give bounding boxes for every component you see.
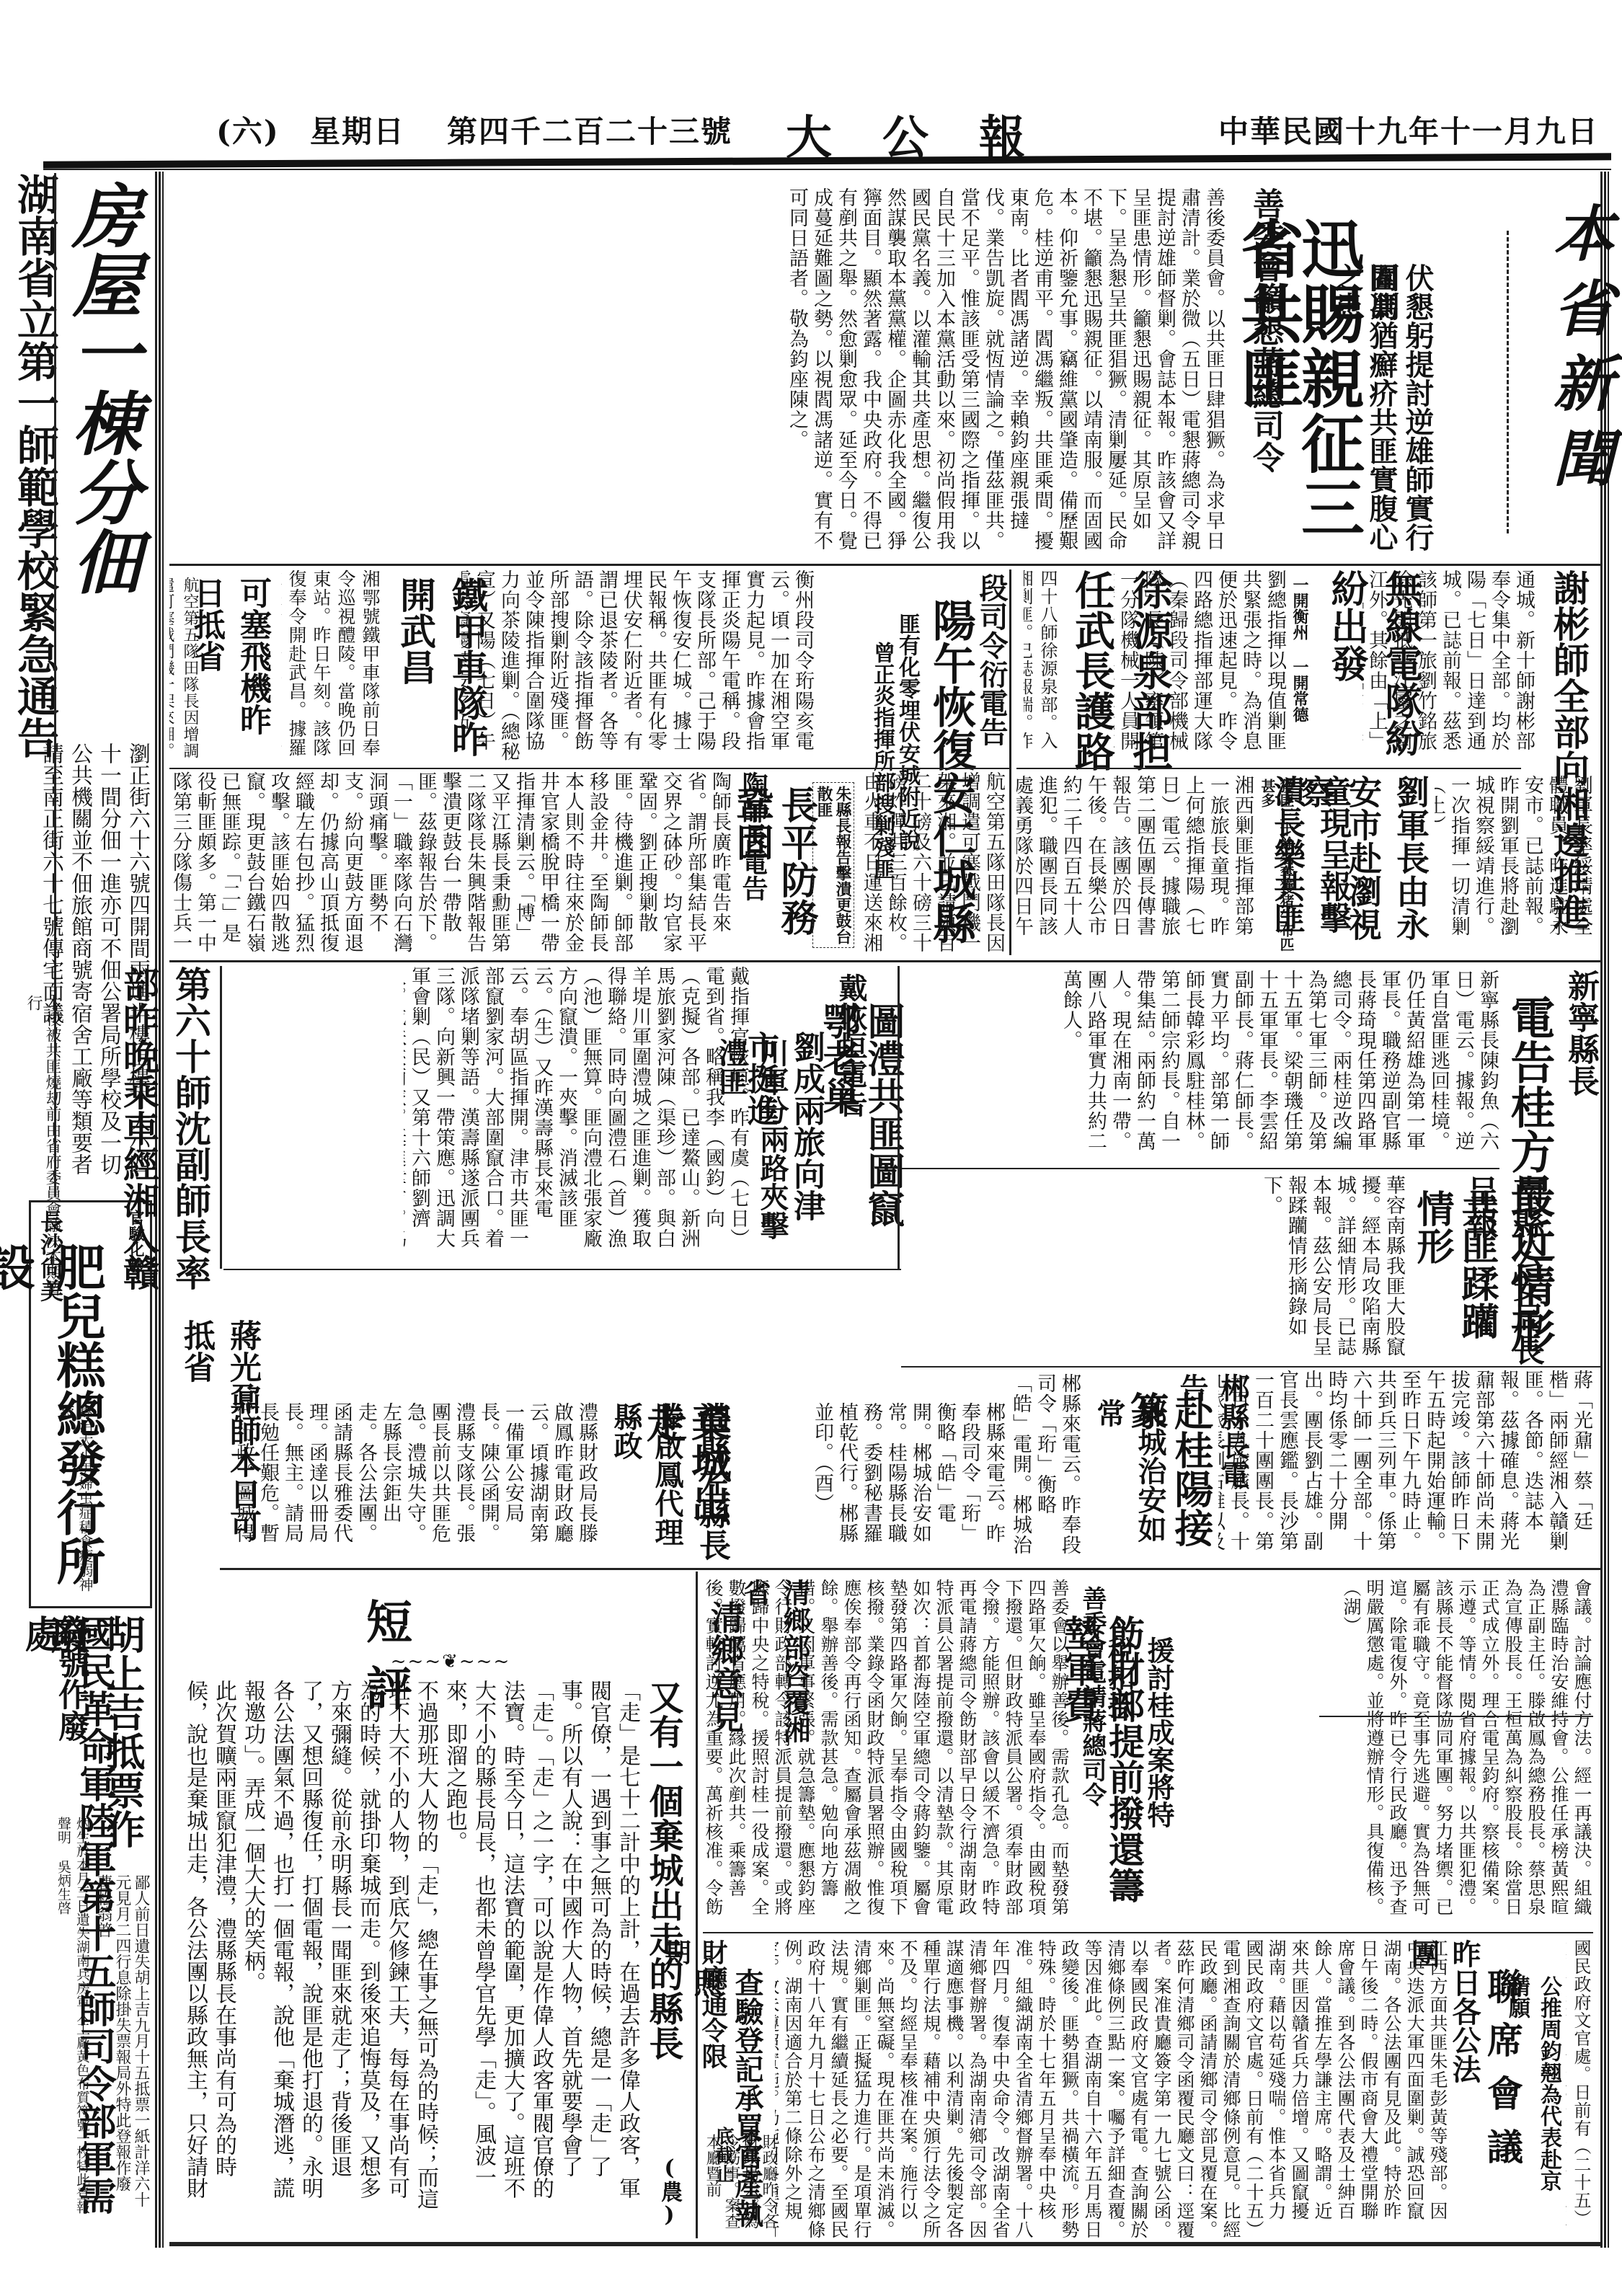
duan-kicker: 段司令衍電告 (977, 573, 1006, 789)
xuyuanquan-body: 四十八師徐源泉部。入湘剿匪。已誌報端。昨開漢口何主任來電。除一部由公石入湘西剿匪… (1024, 569, 1060, 764)
nanxian-headline: 共匪蹂躪情形 (1409, 1189, 1499, 1362)
aircraft-headline: 可塞飛機昨日抵省 (203, 577, 275, 735)
xinning-body: 新寧縣長陳鈞魚（六日）電云。據報。逆軍自當匪逃回桂境。仍任黃紹雄為第一軍軍長。職… (901, 970, 1499, 1164)
dai-body: 戴指揮官恢垣。昨有虞（七日）電到省。略稱我李（國鈞）向（克擬）各部。已達鰲山。新… (404, 966, 750, 1258)
xuyuanquan-headline: 徐源泉部担任武長護路 (1063, 569, 1179, 771)
qingxiang-headline: 清鄉意見 (703, 1600, 748, 1759)
divider (220, 966, 222, 1269)
divider (898, 966, 900, 1269)
nanxian-body: 華容南縣我匪大股竄擾。經本局攻陷南縣城。詳細情形。已誌本報。茲公安局長呈報蹂躪情… (901, 1175, 1406, 1366)
divider (1009, 569, 1011, 955)
armored-train-headline: 鐵甲車隊昨開武昌 (389, 577, 493, 764)
bottom-rule (169, 2242, 1600, 2246)
xinning-kicker: 新寧縣長 (1557, 970, 1603, 1114)
lixian-election-body: 會議。討論應付方法。經一再議決。組織澧縣臨時治安維持會。公推任承榜黃熙暄為正副主… (1319, 1579, 1593, 1925)
liujunzhang-body: 劉軍長率綏靖處全體職員。昨進駐永安市。已誌前報。昨開劉軍長將赴瀏城視察綏靖進行。… (1435, 775, 1593, 955)
divider (169, 960, 1600, 962)
wireless-headline: 無線電隊紛紛出發 (1319, 569, 1427, 786)
issue-number: 第四千二百二十三號 (447, 108, 732, 151)
dai-article: 戴恢垣電告 圖澧共匪圖竄鄂老巢 劉成兩旅向津市挺進 川軍分兩路夾擊澧匪 戴指揮官… (404, 966, 901, 1262)
lead-body: 善後委員會。以共匪日肆猖獗。為求早日肅清計。業於微（五日）電懇蔣總司令親提討逆雄… (187, 187, 1226, 555)
divider (703, 1932, 1593, 1933)
duan-body: 衡州段司令珩陽亥電云。頃一加在湘空軍實力起見。昨據會指揮正炎陽午電稱。段支隊長所… (461, 569, 815, 764)
tao-body: 陶師長廣昨電告來省。謂所部集結長平交界之砵砂。均官家鞏固。劉正搜剿散匪。待機進剿… (169, 771, 732, 955)
shanwei-deck: 援討桂成案將特稅扣抵 (1099, 1636, 1179, 1853)
lixian-deck: 滕啟鳳代理縣政 (606, 1402, 688, 1561)
tao-headline: 長平防務鞏固 (729, 786, 818, 959)
lixian-body: 澧縣財政局長滕啟鳳昨電財政廳云。頃據湖南第一備軍公安局長。陳公函開。澧縣支隊長。… (238, 1402, 598, 1561)
commentary-body: 「走」是七十二計中的上計，在過去許多偉人政客，軍閥官僚，一遇到事之無可為的時候，… (187, 1680, 642, 2213)
tao-article: 陶師長電告 長平防務鞏固 朱縣長報告擊潰更鼓台散匪 陶師長廣昨電告來省。謂所部集… (169, 771, 1006, 959)
finance-body: 財政廳昨令各財政局云。為令飭事。案查本廳暨前 (703, 2134, 778, 2235)
page-number: (六) (216, 108, 280, 151)
divider (1507, 231, 1509, 533)
tongxian-body: 湘西剿匪指揮部第一旅旅長童現。昨上何總指揮陽（七日）電云。據職旅第二團伍團長傳書… (1016, 775, 1254, 955)
ad-cake-body: 專治大小男婦虫症積食瘦弱神疲 (57, 1404, 94, 1599)
lead-deck-2: 伏懇躬提討逆雄師實行圍剿 (1365, 263, 1435, 551)
divider (169, 564, 1600, 566)
commentary-author: (農) (653, 2155, 685, 2213)
sixtieth-headline: 第六十師沈副師長率部昨晚乘車經湘入贛 (112, 966, 216, 1312)
masthead-rule-thin (43, 169, 1611, 170)
tongxian-deck: 獲匪三十餘名奪獲猪牛布匹甚多 (1258, 779, 1295, 952)
wireless-deck: 一開衡州 一開常德 (1290, 577, 1309, 735)
divider (169, 768, 1009, 769)
liujunzhang-headline: 劉軍長由永安市赴瀏視察 (1355, 775, 1435, 955)
divider (901, 1168, 1499, 1169)
section-label-local-news: 本省新聞 (1535, 202, 1622, 533)
divider (223, 1269, 901, 1270)
issue-date: 中華民國十九年十一月九日 (1218, 108, 1599, 151)
chenxian-body: 郴縣來電云。昨奉段司令「珩」衡略「皓」電開。郴城治安如常。桂陽縣長職務。委劉秘書… (1009, 1373, 1081, 1561)
qingxiang-cont: 國民政府文官處。日前有（二十五）電到湘查詢關於清鄉條例意見。比經民政廳。函請清鄉… (1566, 1939, 1593, 2231)
lead-article: 善委會籲懇蔣總司令 迅賜親征三省共匪 閻馮猶癬疥共匪實腹心之患 伏懇躬提討逆雄師… (187, 173, 1499, 562)
commentary-column: 短評 ~~~❦~~~ 又有一個棄城出走的縣長 (農) 「走」是七十二計中的上計，… (187, 1572, 692, 2235)
aircraft-cont: 航空第五隊田隊長因增調遣可塞戰鬥機一架來湘。並已請領百二十磅及六十磅三十磅炸彈共… (861, 771, 1006, 955)
jiangguangnai-body: 蔣「光鼐」蔡「廷楷」兩師經湘入贛剿匪。各節。迭誌本報。茲據確息。蔣光鼐部第六十師… (1218, 1370, 1593, 1561)
weekday: 星期日 (310, 108, 405, 151)
ad-army-notice: 國民革命軍陸軍第十五師司令部軍需處 (13, 1615, 121, 2235)
joint-meeting-article: 昨日各公法團 聯席會議 公推周鈞翹為代表赴京請願 江西方面共匪朱毛彭黃等殘部。因… (1269, 1939, 1593, 2235)
ad-cake-location: 長沙尙美 (34, 1210, 67, 1354)
newspaper-title: 大公報 (786, 101, 1076, 144)
ad-house-headline: 房屋一棟分佃 (53, 180, 151, 699)
armored-train-body: 湘鄂號鐵甲車隊前日奉令巡視醴陵。當晚仍回東站。昨日午刻。該隊復奉令開赴武昌。據羅… (281, 569, 382, 764)
lixian-prev-cont: 郴縣來電云。昨奉段司令「珩」衡略「皓」電開。郴城治安如常。桂陽縣長職務。委劉秘書… (728, 1402, 1006, 1561)
joint-deck: 公推周鈞翹為代表赴京請願 (1501, 1975, 1564, 2191)
qingxiang-body: 國民政府文官處。日前有（二十五）電到湘查詢關於清鄉條例意見。比經民政廳。函請清鄉… (775, 1939, 1265, 2242)
divider (1016, 768, 1521, 769)
divider (220, 1568, 1600, 1570)
tao-deck: 朱縣長報告擊潰更鼓台散匪 (812, 782, 854, 948)
ornament-divider: ~~~❦~~~ (332, 1651, 570, 1672)
divider (1319, 1716, 1593, 1717)
divider (901, 1366, 1600, 1368)
joint-body: 江西方面共匪朱毛彭黃等殘部。因中央迭派大軍四面圍剿。誠恐回竄湖南。各公法團有見及… (1269, 1939, 1449, 2231)
aircraft-body: 航空第五隊田隊長因增調遣可塞戰鬥機一架來湘。並已請領百二十磅及六十磅三十磅炸彈共… (169, 577, 202, 764)
chenxian-deck: 郴城治安如常 (1089, 1399, 1171, 1557)
